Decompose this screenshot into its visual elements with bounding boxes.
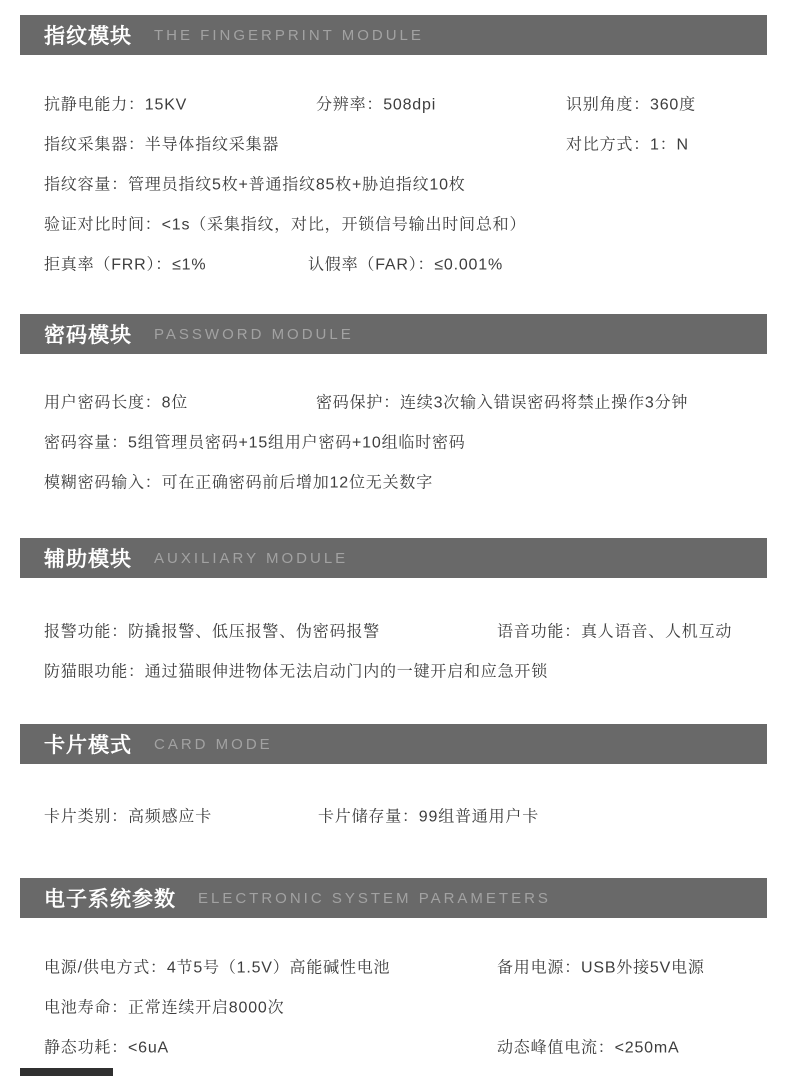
spec-row: 静态功耗：<6uA动态峰值电流：<250mA — [0, 1026, 790, 1066]
spec-item: 抗静电能力：15KV — [44, 92, 187, 115]
spec-item: 报警功能：防撬报警、低压报警、伪密码报警 — [44, 619, 380, 642]
spec-item: 识别角度：360度 — [566, 92, 696, 115]
spec-sections: 指纹模块 THE FINGERPRINT MODULE 抗静电能力：15KV分辨… — [0, 15, 790, 1066]
section-header: 密码模块 PASSWORD MODULE — [20, 314, 767, 354]
spec-row: 验证对比时间：<1s（采集指纹，对比，开锁信号输出时间总和） — [0, 203, 790, 243]
spec-row: 用户密码长度：8位密码保护：连续3次输入错误密码将禁止操作3分钟 — [0, 381, 790, 421]
spec-row: 电源/供电方式：4节5号（1.5V）高能碱性电池备用电源：USB外接5V电源 — [0, 946, 790, 986]
spec-item: 语音功能：真人语音、人机互动 — [497, 619, 732, 642]
section-content: 报警功能：防撬报警、低压报警、伪密码报警语音功能：真人语音、人机互动防猫眼功能：… — [0, 610, 790, 690]
spec-item: 防猫眼功能：通过猫眼伸进物体无法启动门内的一键开启和应急开锁 — [44, 659, 548, 682]
spec-row: 防猫眼功能：通过猫眼伸进物体无法启动门内的一键开启和应急开锁 — [0, 650, 790, 690]
section-4: 卡片模式 CARD MODE 卡片类别：高频感应卡卡片储存量：99组普通用户卡 — [0, 724, 790, 835]
spec-item: 用户密码长度：8位 — [44, 390, 188, 413]
spec-item: 验证对比时间：<1s（采集指纹，对比，开锁信号输出时间总和） — [44, 212, 526, 235]
section-subtitle: PASSWORD MODULE — [154, 326, 354, 343]
spec-item: 对比方式：1：N — [566, 132, 689, 155]
spec-row: 指纹采集器：半导体指纹采集器对比方式：1：N — [0, 123, 790, 163]
spec-item: 分辨率：508dpi — [316, 92, 436, 115]
spec-row: 抗静电能力：15KV分辨率：508dpi识别角度：360度 — [0, 83, 790, 123]
section-header: 辅助模块 AUXILIARY MODULE — [20, 538, 767, 578]
spec-item: 备用电源：USB外接5V电源 — [497, 955, 705, 978]
section-3: 辅助模块 AUXILIARY MODULE 报警功能：防撬报警、低压报警、伪密码… — [0, 538, 790, 690]
section-2: 密码模块 PASSWORD MODULE 用户密码长度：8位密码保护：连续3次输… — [0, 314, 790, 501]
spec-row: 拒真率（FRR）：≤1%认假率（FAR）：≤0.001% — [0, 243, 790, 283]
spec-item: 动态峰值电流：<250mA — [497, 1035, 679, 1058]
spec-item: 卡片类别：高频感应卡 — [44, 804, 212, 827]
spec-row: 模糊密码输入：可在正确密码前后增加12位无关数字 — [0, 461, 790, 501]
spec-row: 指纹容量：管理员指纹5枚+普通指纹85枚+胁迫指纹10枚 — [0, 163, 790, 203]
section-title: 指纹模块 — [44, 20, 132, 50]
section-title: 辅助模块 — [44, 543, 132, 573]
spec-item: 密码容量：5组管理员密码+15组用户密码+10组临时密码 — [44, 430, 466, 453]
section-subtitle: THE FINGERPRINT MODULE — [154, 27, 424, 44]
spec-row: 电池寿命：正常连续开启8000次 — [0, 986, 790, 1026]
section-subtitle: ELECTRONIC SYSTEM PARAMETERS — [198, 890, 551, 907]
spec-item: 卡片储存量：99组普通用户卡 — [318, 804, 539, 827]
spec-item: 认假率（FAR）：≤0.001% — [308, 252, 503, 275]
spec-item: 拒真率（FRR）：≤1% — [44, 252, 206, 275]
spec-item: 指纹采集器：半导体指纹采集器 — [44, 132, 279, 155]
section-title: 电子系统参数 — [44, 883, 176, 913]
section-title: 密码模块 — [44, 319, 132, 349]
section-content: 抗静电能力：15KV分辨率：508dpi识别角度：360度指纹采集器：半导体指纹… — [0, 83, 790, 283]
spec-item: 电源/供电方式：4节5号（1.5V）高能碱性电池 — [44, 955, 390, 978]
spec-item: 模糊密码输入：可在正确密码前后增加12位无关数字 — [44, 470, 433, 493]
spec-item: 指纹容量：管理员指纹5枚+普通指纹85枚+胁迫指纹10枚 — [44, 172, 466, 195]
spec-item: 电池寿命：正常连续开启8000次 — [44, 995, 284, 1018]
spec-item: 静态功耗：<6uA — [44, 1035, 169, 1058]
section-subtitle: CARD MODE — [154, 736, 273, 753]
section-header: 电子系统参数 ELECTRONIC SYSTEM PARAMETERS — [20, 878, 767, 918]
section-subtitle: AUXILIARY MODULE — [154, 550, 348, 567]
section-content: 电源/供电方式：4节5号（1.5V）高能碱性电池备用电源：USB外接5V电源电池… — [0, 946, 790, 1066]
spec-page: 指纹模块 THE FINGERPRINT MODULE 抗静电能力：15KV分辨… — [0, 0, 790, 1076]
section-content: 卡片类别：高频感应卡卡片储存量：99组普通用户卡 — [0, 795, 790, 835]
section-title: 卡片模式 — [44, 729, 132, 759]
section-header: 卡片模式 CARD MODE — [20, 724, 767, 764]
spec-row: 卡片类别：高频感应卡卡片储存量：99组普通用户卡 — [0, 795, 790, 835]
section-5: 电子系统参数 ELECTRONIC SYSTEM PARAMETERS 电源/供… — [0, 878, 790, 1066]
spec-row: 密码容量：5组管理员密码+15组用户密码+10组临时密码 — [0, 421, 790, 461]
section-1: 指纹模块 THE FINGERPRINT MODULE 抗静电能力：15KV分辨… — [0, 15, 790, 283]
next-section-header-partial-bar — [20, 1068, 113, 1076]
section-header: 指纹模块 THE FINGERPRINT MODULE — [20, 15, 767, 55]
spec-row: 报警功能：防撬报警、低压报警、伪密码报警语音功能：真人语音、人机互动 — [0, 610, 790, 650]
section-content: 用户密码长度：8位密码保护：连续3次输入错误密码将禁止操作3分钟密码容量：5组管… — [0, 381, 790, 501]
spec-item: 密码保护：连续3次输入错误密码将禁止操作3分钟 — [316, 390, 688, 413]
